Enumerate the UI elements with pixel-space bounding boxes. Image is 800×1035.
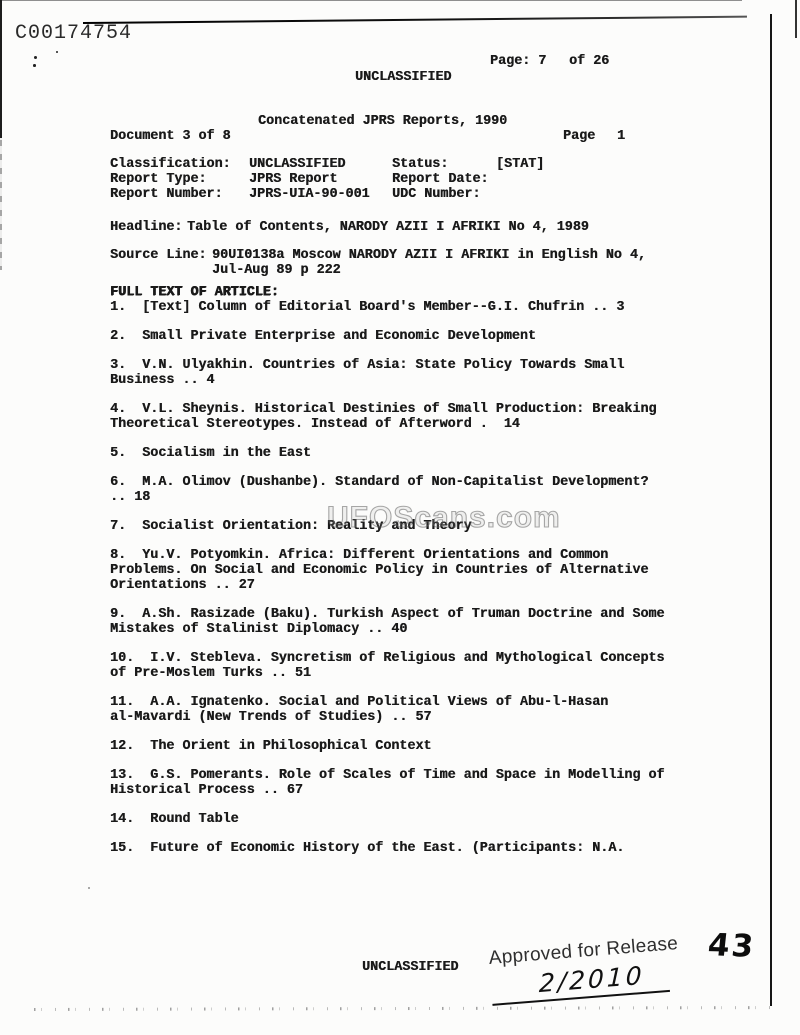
article-item: 14. Round Table [110,812,710,827]
article-line: 9. A.Sh. Rasizade (Baku). Turkish Aspect… [110,607,710,622]
article-line: al-Mavardi (New Trends of Studies) .. 57 [110,710,710,725]
article-line: 3. V.N. Ulyakhin. Countries of Asia: Sta… [110,358,710,373]
article-line: Orientations .. 27 [110,578,710,593]
field-label: UDC Number: [392,187,480,202]
article-line: 13. G.S. Pomerants. Role of Scales of Ti… [110,768,710,783]
page-number: 1 [617,129,625,144]
field-row: Report Type:JPRS ReportReport Date: [0,172,800,187]
full-text-heading: FULL TEXT OF ARTICLE: [110,285,279,300]
article-list: 1. [Text] Column of Editorial Board's Me… [110,300,710,870]
classification-banner-bottom: UNCLASSIFIED [362,960,458,975]
headline-label: Headline: [110,220,182,235]
article-line: Theoretical Stereotypes. Instead of Afte… [110,417,710,432]
article-item: 10. I.V. Stebleva. Syncretism of Religio… [110,651,710,681]
field-label: Report Date: [392,172,488,187]
article-line: 2. Small Private Enterprise and Economic… [110,329,710,344]
article-line: 14. Round Table [110,812,710,827]
watermark: UFOScans.com [327,501,561,535]
document-nav: Document 3 of 8 [110,129,231,144]
scanned-document-page: C00174754 Page: 7 of 26 UNCLASSIFIED Con… [0,0,800,1035]
article-item: 13. G.S. Pomerants. Role of Scales of Ti… [110,768,710,798]
ink-speck [56,51,58,53]
article-item: 9. A.Sh. Rasizade (Baku). Turkish Aspect… [110,607,710,637]
article-item: 11. A.A. Ignatenko. Social and Political… [110,695,710,725]
field-label: Classification: [110,157,231,172]
article-item: 1. [Text] Column of Editorial Board's Me… [110,300,710,315]
scan-left-edge-artifact [0,0,2,138]
article-line: 11. A.A. Ignatenko. Social and Political… [110,695,710,710]
article-line: 4. V.L. Sheynis. Historical Destinies of… [110,402,710,417]
article-line: 5. Socialism in the East [110,446,710,461]
field-label: Status: [392,157,448,172]
article-line: Problems. On Social and Economic Policy … [110,563,710,578]
article-line: Business .. 4 [110,373,710,388]
scan-horizontal-line-artifact [83,16,747,25]
field-label: Report Number: [110,187,223,202]
article-item: 3. V.N. Ulyakhin. Countries of Asia: Sta… [110,358,710,388]
field-value: JPRS-UIA-90-001 [249,187,370,202]
article-line: 1. [Text] Column of Editorial Board's Me… [110,300,710,315]
handwritten-page-number: 43 [706,927,757,965]
field-row: Report Number:JPRS-UIA-90-001UDC Number: [0,187,800,202]
source-line-value-2: Jul-Aug 89 p 222 [212,263,341,278]
field-value: JPRS Report [249,172,337,187]
article-item: 5. Socialism in the East [110,446,710,461]
field-label: Report Type: [110,172,206,187]
classification-banner-top: UNCLASSIFIED [355,70,451,85]
article-line: 8. Yu.V. Potyomkin. Africa: Different Or… [110,548,710,563]
article-item: 15. Future of Economic History of the Ea… [110,841,710,856]
document-id: C00174754 [15,22,132,45]
scan-top-right-corner-artifact [795,0,797,38]
article-item: 12. The Orient in Philosophical Context [110,739,710,754]
headline-value: Table of Contents, NARODY AZII I AFRIKI … [187,220,589,235]
article-line: Mistakes of Stalinist Diplomacy .. 40 [110,622,710,637]
scan-noise-row-artifact [34,1006,782,1011]
ink-speck [34,56,37,59]
ink-speck [88,887,90,889]
article-line: 6. M.A. Olimov (Dushanbe). Standard of N… [110,475,710,490]
article-line: Historical Process .. 67 [110,783,710,798]
source-line-value-1: 90UI0138a Moscow NARODY AZII I AFRIKI in… [212,248,646,263]
source-line-label: Source Line: [110,248,206,263]
page-label: Page [563,129,595,144]
scan-top-edge-artifact [0,0,742,1]
field-value: UNCLASSIFIED [249,157,345,172]
article-line: 15. Future of Economic History of the Ea… [110,841,710,856]
field-value: [STAT] [496,157,544,172]
page-of-indicator: of 26 [569,54,609,69]
fields-table: Classification:UNCLASSIFIEDStatus:[STAT]… [0,157,800,202]
article-line: 10. I.V. Stebleva. Syncretism of Religio… [110,651,710,666]
article-item: 4. V.L. Sheynis. Historical Destinies of… [110,402,710,432]
page-indicator: Page: 7 [490,54,546,69]
article-line: of Pre-Moslem Turks .. 51 [110,666,710,681]
report-collection-title: Concatenated JPRS Reports, 1990 [258,114,507,129]
article-item: 2. Small Private Enterprise and Economic… [110,329,710,344]
article-item: 8. Yu.V. Potyomkin. Africa: Different Or… [110,548,710,593]
article-line: 12. The Orient in Philosophical Context [110,739,710,754]
field-row: Classification:UNCLASSIFIEDStatus:[STAT] [0,157,800,172]
ink-speck [33,64,36,67]
release-stamp-group: Approved for Release 2/2010 [488,933,682,1006]
